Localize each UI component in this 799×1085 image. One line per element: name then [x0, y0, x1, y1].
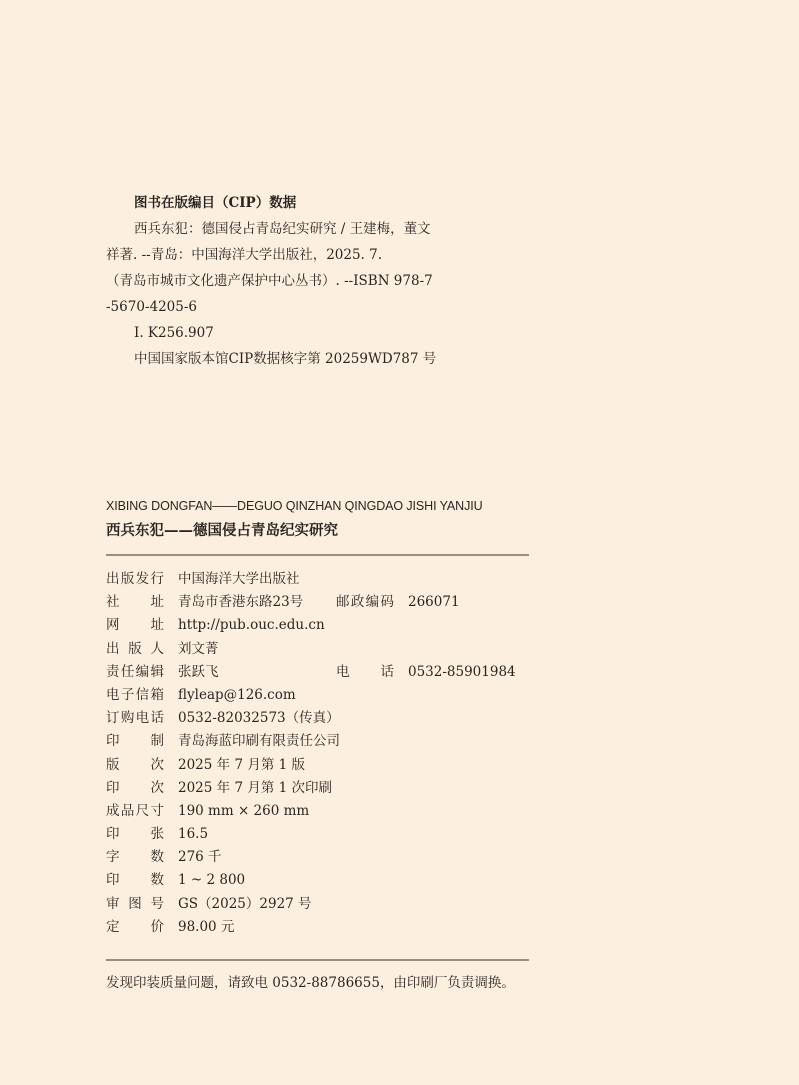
- cip-record-number: 中国国家版本馆CIP数据核字第 20259WD787 号: [106, 346, 466, 372]
- divider-top: [106, 554, 529, 556]
- imprint-value: 青岛海蓝印刷有限责任公司: [178, 730, 336, 753]
- quality-notice: 发现印装质量问题，请致电 0532-88786655，由印刷厂负责调换。: [106, 971, 515, 995]
- imprint-value-postcode: 266071: [408, 591, 460, 614]
- imprint-label: 印次: [106, 777, 164, 800]
- imprint-label: 印制: [106, 730, 164, 753]
- imprint-row-website: 网址 http://pub.ouc.edu.cn: [106, 614, 536, 637]
- imprint-row-print-run: 印数 1 ~ 2 800: [106, 869, 536, 892]
- imprint-label: 成品尺寸: [106, 800, 164, 823]
- imprint-label: 定价: [106, 916, 164, 939]
- imprint-label-postcode: 邮政编码: [336, 591, 394, 614]
- title-chinese: 西兵东犯——德国侵占青岛纪实研究: [106, 518, 530, 544]
- title-pinyin: XIBING DONGFAN——DEGUO QINZHAN QINGDAO JI…: [106, 496, 530, 516]
- imprint-value: 1 ~ 2 800: [178, 869, 336, 892]
- imprint-row-size: 成品尺寸 190 mm × 260 mm: [106, 800, 536, 823]
- imprint-value: 中国海洋大学出版社: [178, 568, 336, 591]
- imprint-value: GS（2025）2927 号: [178, 893, 336, 916]
- imprint-label: 网址: [106, 614, 164, 637]
- imprint-value: 0532-82032573（传真）: [178, 707, 336, 730]
- imprint-label: 订购电话: [106, 707, 164, 730]
- imprint-label: 出版人: [106, 638, 164, 661]
- cip-data-block: 图书在版编目（CIP）数据 西兵东犯：德国侵占青岛纪实研究 / 王建梅，董文 祥…: [106, 190, 466, 372]
- imprint-row-word-count: 字数 276 千: [106, 846, 536, 869]
- imprint-value: 98.00 元: [178, 916, 336, 939]
- imprint-label: 社址: [106, 591, 164, 614]
- imprint-value: 2025 年 7 月第 1 版: [178, 754, 336, 777]
- imprint-row-printer: 印制 青岛海蓝印刷有限责任公司: [106, 730, 536, 753]
- imprint-value: 刘文菁: [178, 638, 336, 661]
- imprint-row-sheets: 印张 16.5: [106, 823, 536, 846]
- imprint-value: flyleap@126.com: [178, 684, 336, 707]
- imprint-value: 190 mm × 260 mm: [178, 800, 336, 823]
- imprint-label: 字数: [106, 846, 164, 869]
- imprint-value: 276 千: [178, 846, 336, 869]
- imprint-label: 版次: [106, 754, 164, 777]
- imprint-label: 审图号: [106, 893, 164, 916]
- imprint-row-price: 定价 98.00 元: [106, 916, 536, 939]
- imprint-row-address: 社址 青岛市香港东路23号 邮政编码 266071: [106, 591, 536, 614]
- cip-line: -5670-4205-6: [106, 294, 466, 320]
- imprint-value: 张跃飞: [178, 661, 336, 684]
- imprint-label: 责任编辑: [106, 661, 164, 684]
- imprint-label: 出版发行: [106, 568, 164, 591]
- imprint-value: 2025 年 7 月第 1 次印刷: [178, 777, 336, 800]
- imprint-label: 印张: [106, 823, 164, 846]
- imprint-row-map-approval: 审图号 GS（2025）2927 号: [106, 893, 536, 916]
- imprint-table: 出版发行 中国海洋大学出版社 社址 青岛市香港东路23号 邮政编码 266071…: [106, 568, 536, 939]
- cip-line: （青岛市城市文化遗产保护中心丛书）. --ISBN 978-7: [106, 268, 466, 294]
- cip-heading: 图书在版编目（CIP）数据: [106, 190, 466, 216]
- imprint-label: 电子信箱: [106, 684, 164, 707]
- imprint-label-phone: 电话: [336, 661, 394, 684]
- imprint-row-editor: 责任编辑 张跃飞 电话 0532-85901984: [106, 661, 536, 684]
- imprint-row-publisher: 出版发行 中国海洋大学出版社: [106, 568, 536, 591]
- imprint-value: http://pub.ouc.edu.cn: [178, 614, 336, 637]
- cip-line: 祥著. --青岛：中国海洋大学出版社，2025. 7.: [106, 242, 466, 268]
- book-title-block: XIBING DONGFAN——DEGUO QINZHAN QINGDAO JI…: [106, 496, 530, 544]
- imprint-row-order-phone: 订购电话 0532-82032573（传真）: [106, 707, 536, 730]
- imprint-label: 印数: [106, 869, 164, 892]
- imprint-row-publisher-person: 出版人 刘文菁: [106, 638, 536, 661]
- imprint-row-edition: 版次 2025 年 7 月第 1 版: [106, 754, 536, 777]
- imprint-value: 青岛市香港东路23号: [178, 591, 336, 614]
- imprint-row-printing: 印次 2025 年 7 月第 1 次印刷: [106, 777, 536, 800]
- cip-classification: Ⅰ. K256.907: [106, 320, 466, 346]
- imprint-value-phone: 0532-85901984: [408, 661, 516, 684]
- divider-bottom: [106, 959, 529, 961]
- imprint-row-email: 电子信箱 flyleap@126.com: [106, 684, 536, 707]
- imprint-value: 16.5: [178, 823, 336, 846]
- cip-line: 西兵东犯：德国侵占青岛纪实研究 / 王建梅，董文: [106, 216, 466, 242]
